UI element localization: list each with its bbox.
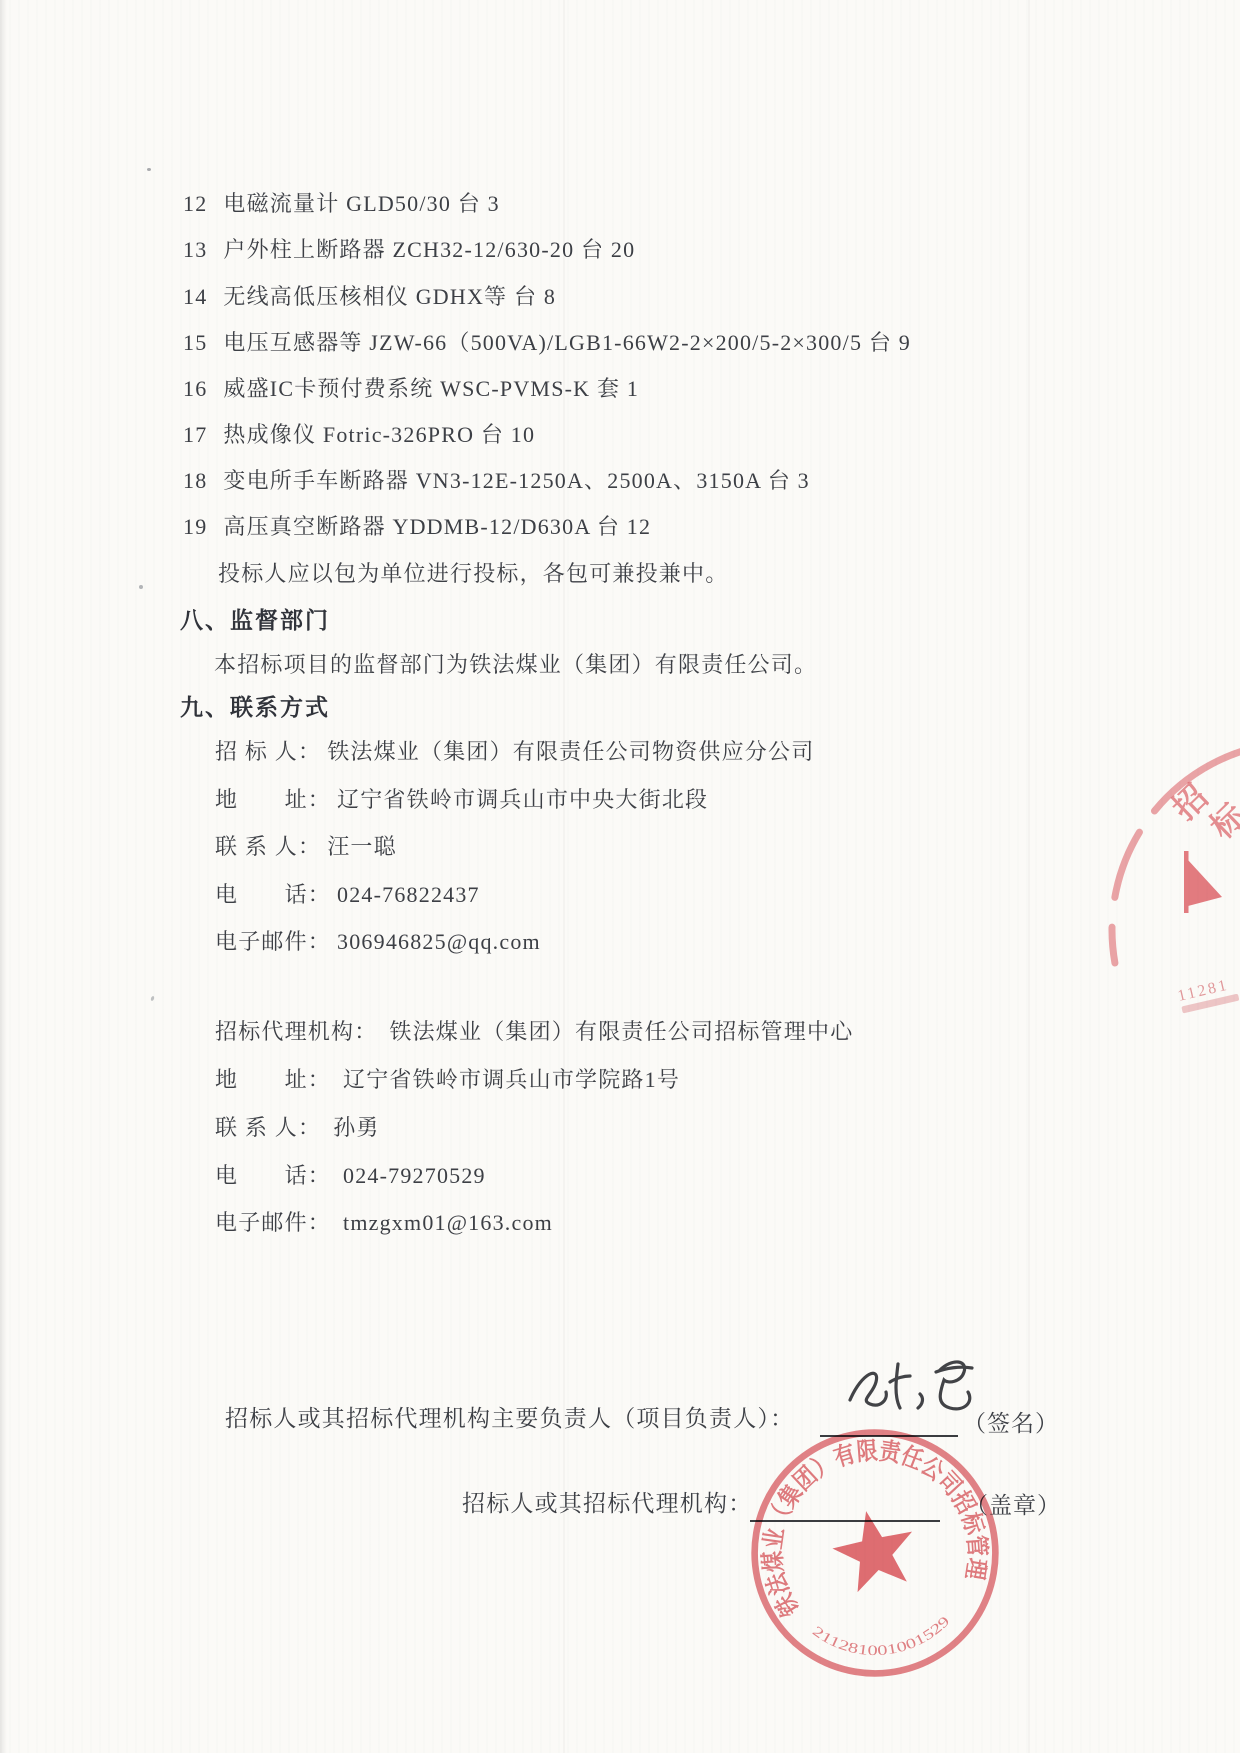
signature-line-label: 招标人或其招标代理机构主要负责人（项目负责人）： <box>225 1405 794 1433</box>
item-number: 18 <box>183 467 207 495</box>
document-page: 12电磁流量计 GLD50/30 台 3 13户外柱上断路器 ZCH32-12/… <box>0 0 1240 1753</box>
contact-row-person: 联 系 人：孙勇 <box>215 1114 380 1142</box>
item-text: 无线高低压核相仪 GDHX等 台 8 <box>223 284 556 309</box>
contact-row-person: 联 系 人：汪一聪 <box>215 833 397 861</box>
contact-row-address: 地 址：辽宁省铁岭市调兵山市中央大街北段 <box>215 786 708 814</box>
item-number: 15 <box>183 329 207 357</box>
item-text: 电磁流量计 GLD50/30 台 3 <box>223 191 499 216</box>
scan-speck <box>139 585 143 589</box>
item-text: 户外柱上断路器 ZCH32-12/630-20 台 20 <box>223 237 635 262</box>
list-item: 13户外柱上断路器 ZCH32-12/630-20 台 20 <box>183 236 635 264</box>
list-item: 12电磁流量计 GLD50/30 台 3 <box>183 190 500 218</box>
agency-round-seal: 铁法煤业（集团）有限责任公司招标管理中心 211281001001529 <box>694 1372 1057 1735</box>
contact-row-email: 电子邮件：306946825@qq.com <box>215 928 541 956</box>
item-number: 19 <box>183 513 207 541</box>
field-value: 306946825@qq.com <box>337 928 541 956</box>
list-item: 16威盛IC卡预付费系统 WSC-PVMS-K 套 1 <box>183 375 639 403</box>
item-number: 17 <box>183 421 207 449</box>
item-text: 威盛IC卡预付费系统 WSC-PVMS-K 套 1 <box>223 376 639 401</box>
item-number: 16 <box>183 375 207 403</box>
section-heading-supervision: 八、监督部门 <box>180 607 330 635</box>
list-item: 15电压互感器等 JZW-66（500VA)/LGB1-66W2-2×200/5… <box>183 329 911 357</box>
field-value: 辽宁省铁岭市调兵山市中央大街北段 <box>337 786 708 814</box>
contact-row-email: 电子邮件：tmzgxm01@163.com <box>215 1209 553 1237</box>
list-item: 19高压真空断路器 YDDMB-12/D630A 台 12 <box>183 513 651 541</box>
field-label: 电 话： <box>215 1162 331 1190</box>
field-value: 孙勇 <box>333 1114 379 1142</box>
scan-speck <box>147 168 151 171</box>
field-label: 电子邮件： <box>215 1209 331 1237</box>
field-label: 联 系 人： <box>215 833 321 861</box>
contact-row-phone: 电 话：024-76822437 <box>215 881 480 909</box>
scan-speck <box>150 996 155 1002</box>
field-label: 联 系 人： <box>215 1114 321 1142</box>
item-text: 高压真空断路器 YDDMB-12/D630A 台 12 <box>223 514 651 539</box>
field-label: 地 址： <box>215 786 331 814</box>
item-text: 电压互感器等 JZW-66（500VA)/LGB1-66W2-2×200/5-2… <box>223 330 911 355</box>
contact-row-agency: 招标代理机构：铁法煤业（集团）有限责任公司招标管理中心 <box>215 1018 853 1046</box>
field-label: 招标代理机构： <box>215 1018 377 1046</box>
page-left-edge-shadow <box>0 0 7 1753</box>
list-item: 14无线高低压核相仪 GDHX等 台 8 <box>183 283 556 311</box>
field-value: 辽宁省铁岭市调兵山市学院路1号 <box>343 1066 680 1094</box>
field-label: 电子邮件： <box>215 928 331 956</box>
edge-seal-text: 招标管 <box>1160 766 1240 871</box>
field-value: 024-79270529 <box>343 1162 486 1190</box>
contact-row-tenderer: 招 标 人：铁法煤业（集团）有限责任公司物资供应分公司 <box>215 738 814 766</box>
supervision-body: 本招标项目的监督部门为铁法煤业（集团）有限责任公司。 <box>214 651 817 679</box>
edge-seal-flag <box>1184 851 1222 913</box>
edge-partial-seal: 招标管 11281 <box>1040 640 1240 1060</box>
field-value: 024-76822437 <box>337 881 480 909</box>
field-value: 铁法煤业（集团）有限责任公司物资供应分公司 <box>327 738 814 766</box>
section-heading-contact: 九、联系方式 <box>180 694 330 722</box>
field-value: 铁法煤业（集团）有限责任公司招标管理中心 <box>389 1018 853 1046</box>
contact-row-phone: 电 话：024-79270529 <box>215 1162 486 1190</box>
field-label: 电 话： <box>215 881 331 909</box>
field-value: tmzgxm01@163.com <box>343 1209 553 1237</box>
item-number: 12 <box>183 190 207 218</box>
item-text: 变电所手车断路器 VN3-12E-1250A、2500A、3150A 台 3 <box>223 468 809 493</box>
seal-star <box>826 1503 922 1596</box>
note-paragraph: 投标人应以包为单位进行投标，各包可兼投兼中。 <box>218 560 728 588</box>
field-label: 招 标 人： <box>215 738 321 766</box>
list-item: 17热成像仪 Fotric-326PRO 台 10 <box>183 421 535 449</box>
field-label: 地 址： <box>215 1066 331 1094</box>
item-number: 13 <box>183 236 207 264</box>
item-text: 热成像仪 Fotric-326PRO 台 10 <box>223 422 535 447</box>
contact-row-address: 地 址：辽宁省铁岭市调兵山市学院路1号 <box>215 1066 680 1094</box>
list-item: 18变电所手车断路器 VN3-12E-1250A、2500A、3150A 台 3 <box>183 467 810 495</box>
item-number: 14 <box>183 283 207 311</box>
field-value: 汪一聪 <box>327 833 397 861</box>
